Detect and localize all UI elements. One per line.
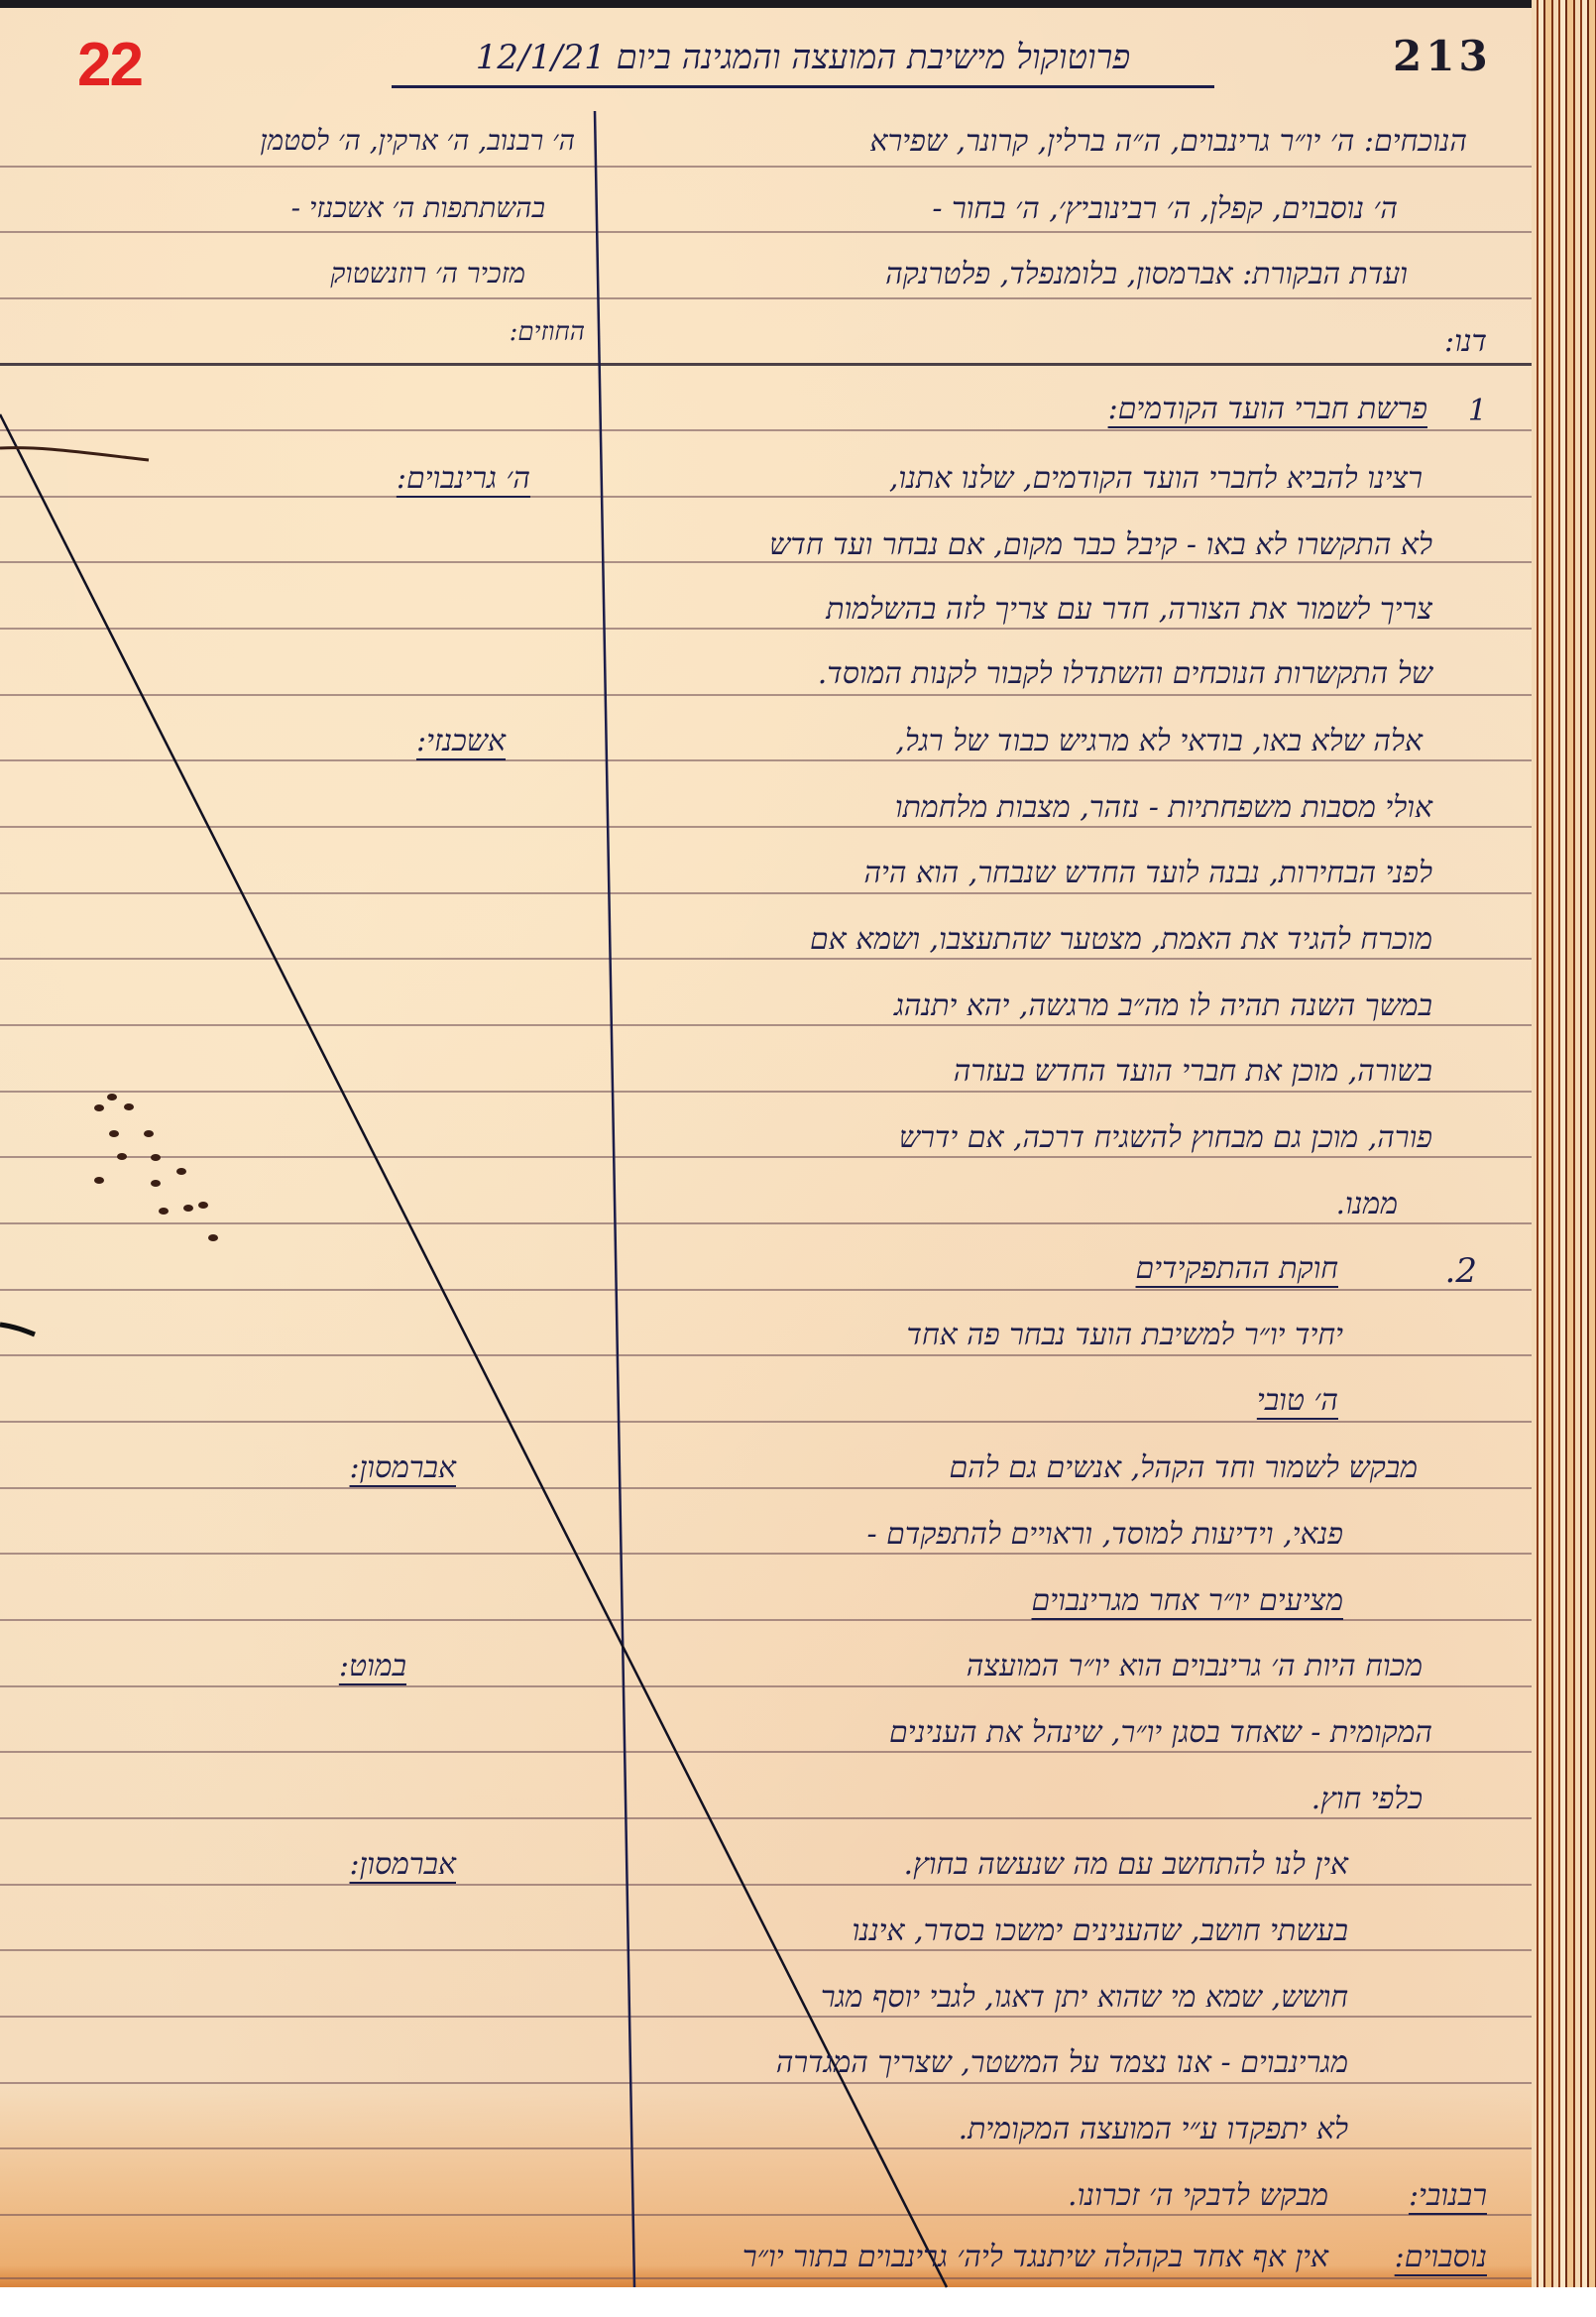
agenda-label: דנו:: [1444, 327, 1487, 357]
audit-committee-line: ועדת הבקורת: אברמסון, בלומנפלד, פלטרנקה: [885, 260, 1408, 290]
item-2-text-1: יחיד יו״ר למשיבת הועד נבחר פה אחד: [907, 1321, 1344, 1350]
speaker-nussbaum: נוסבוים:: [1395, 2243, 1487, 2272]
speaker-abramson-2-text-1: אין לנו להתחשב עם מה שנעשה בחוץ.: [904, 1850, 1348, 1880]
speaker-abramson-1-text-3: מציעים יו״ר אחר מגרינבוים: [1032, 1586, 1343, 1616]
speaker-ashkenazi-text-2: אולי מסבות משפחתיות - נזהר, מצבות מלחמתו: [895, 793, 1432, 823]
attendees-line-1: הנוכחים: ה׳ יו״ר גרינבוים, ה״ה ברלין, קר…: [870, 127, 1467, 157]
page-title: פרוטוקול מישיבת המועצה והמגינה ביום 12/1…: [392, 38, 1214, 88]
speaker-rabinovich: רבנובי:: [1409, 2181, 1487, 2211]
speaker-ashkenazi-text-3: לפני הבחירות, נבנה לועד החדש שנבחר, הוא …: [863, 859, 1432, 888]
attendees-left-line-2: בהשתתפות ה׳ אשכנזי -: [291, 194, 545, 222]
speaker-greenbaum-text-2: לא התקשרו לא באו - קיבל כבר מקום, אם נבח…: [769, 530, 1432, 560]
speaker-ashkenazi-text-5: במשך השנה תהיה לו מה״ב מרגשה, יהא יתנהג: [894, 991, 1432, 1021]
speaker-ashkenazi-text-7: פורה, מוכן גם מבחוץ להשגיח דרכה, אם ידרש: [899, 1123, 1432, 1153]
speaker-abramson-2-text-3: חושש, שמא מי שהוא יתן דאגו, לגבי יוסף מג…: [821, 1983, 1348, 2013]
item-2-heading: חוקת ההתפקידים: [1136, 1254, 1338, 1284]
item-2-elected-name: ה׳ טובי: [1257, 1386, 1338, 1416]
speaker-abramson-2-text-2: בעשתי חושב, שהענינים ימשכו בסדר, איננו: [852, 1916, 1348, 1946]
speaker-rabinovich-text-1: מבקש לדבקי ה׳ זכרונו.: [1068, 2181, 1328, 2211]
speaker-ashkenazi: אשכנזי:: [416, 727, 506, 756]
speaker-ashkenazi-text-8: ממנו.: [1335, 1190, 1398, 1219]
speaker-greenbaum-text-3: צריך לשמור את הצורה, חדר עם צריך לזה בהש…: [826, 595, 1432, 625]
page-label: 22: [77, 30, 142, 100]
speaker-bamot: במוט:: [339, 1652, 406, 1681]
speaker-ashkenazi-text-1: אלה שלא באו, בודאי לא מרגיש כבוד של רגל,: [895, 727, 1423, 756]
speaker-abramson-1-text-1: מבקש לשמור וחד הקהל, אנשים גם להם: [950, 1453, 1418, 1483]
margin-lines: [0, 0, 1596, 2317]
item-1-number: 1: [1468, 397, 1487, 426]
speaker-abramson-2-text-4: מגרינבוים - אנו נצמד על המשטר, שצריך המג…: [776, 2048, 1348, 2078]
attendees-left-line-1: ה׳ רבנוב, ה׳ ארקין, ה׳ לסטמן: [260, 127, 575, 155]
speaker-bamot-text-3: כלפי חוץ.: [1311, 1785, 1423, 1814]
speaker-ashkenazi-text-6: בשורה, מוכן את חברי הועד החדש בעזרה: [954, 1057, 1432, 1087]
page-number: 213: [1393, 32, 1492, 80]
speaker-greenbaum-text-1: רצינו להביא לחברי הועד הקודמים, שלנו אתנ…: [889, 464, 1423, 494]
speaker-bamot-text-1: מכוח היות ה׳ גרינבוים הוא יו״ר המועצה: [967, 1652, 1423, 1681]
item-1-heading: פרשת חברי הועד הקודמים:: [1108, 395, 1427, 424]
speaker-nussbaum-text-1: אין אף אחד בקהלה שיתנגד ליה׳ גרינבוים בת…: [742, 2243, 1328, 2272]
speaker-greenbaum: ה׳ גרינבוים:: [397, 464, 530, 494]
attendees-line-2: ה׳ נוסבוים, קפלן, ה׳ רבינוביץ׳, ה׳ בחור …: [932, 194, 1398, 224]
speaker-greenbaum-text-4: של התקשרות הנוכחים והשתדלו לקבור לקנות ה…: [818, 659, 1432, 689]
speaker-abramson-1-text-2: פנאי, וידיעות למוסד, וראויים להתפקדם -: [866, 1520, 1343, 1550]
attendees-left-line-4: החוזים:: [510, 319, 585, 345]
speaker-abramson-2-text-5: לא יתפקדו ע״י המועצה המקומית.: [959, 2115, 1348, 2144]
ink-mark-left: [0, 1325, 35, 1334]
diagonal-line: [0, 414, 947, 2287]
secretary-line: מזכיר ה׳ רוזנשטוק: [330, 260, 525, 288]
speaker-bamot-text-2: המקומית - שאחד בסגן יו״ר, שינהל את הענינ…: [889, 1718, 1432, 1748]
item-2-number: 2.: [1445, 1254, 1477, 1288]
speaker-abramson-2: אברמסון:: [350, 1850, 456, 1880]
vertical-margin-line: [595, 111, 634, 2287]
speaker-ashkenazi-text-4: מוכרח להגיד את האמת, מצטער שהתעצבו, ושמא…: [810, 925, 1432, 955]
speaker-abramson-1: אברמסון:: [350, 1453, 456, 1483]
